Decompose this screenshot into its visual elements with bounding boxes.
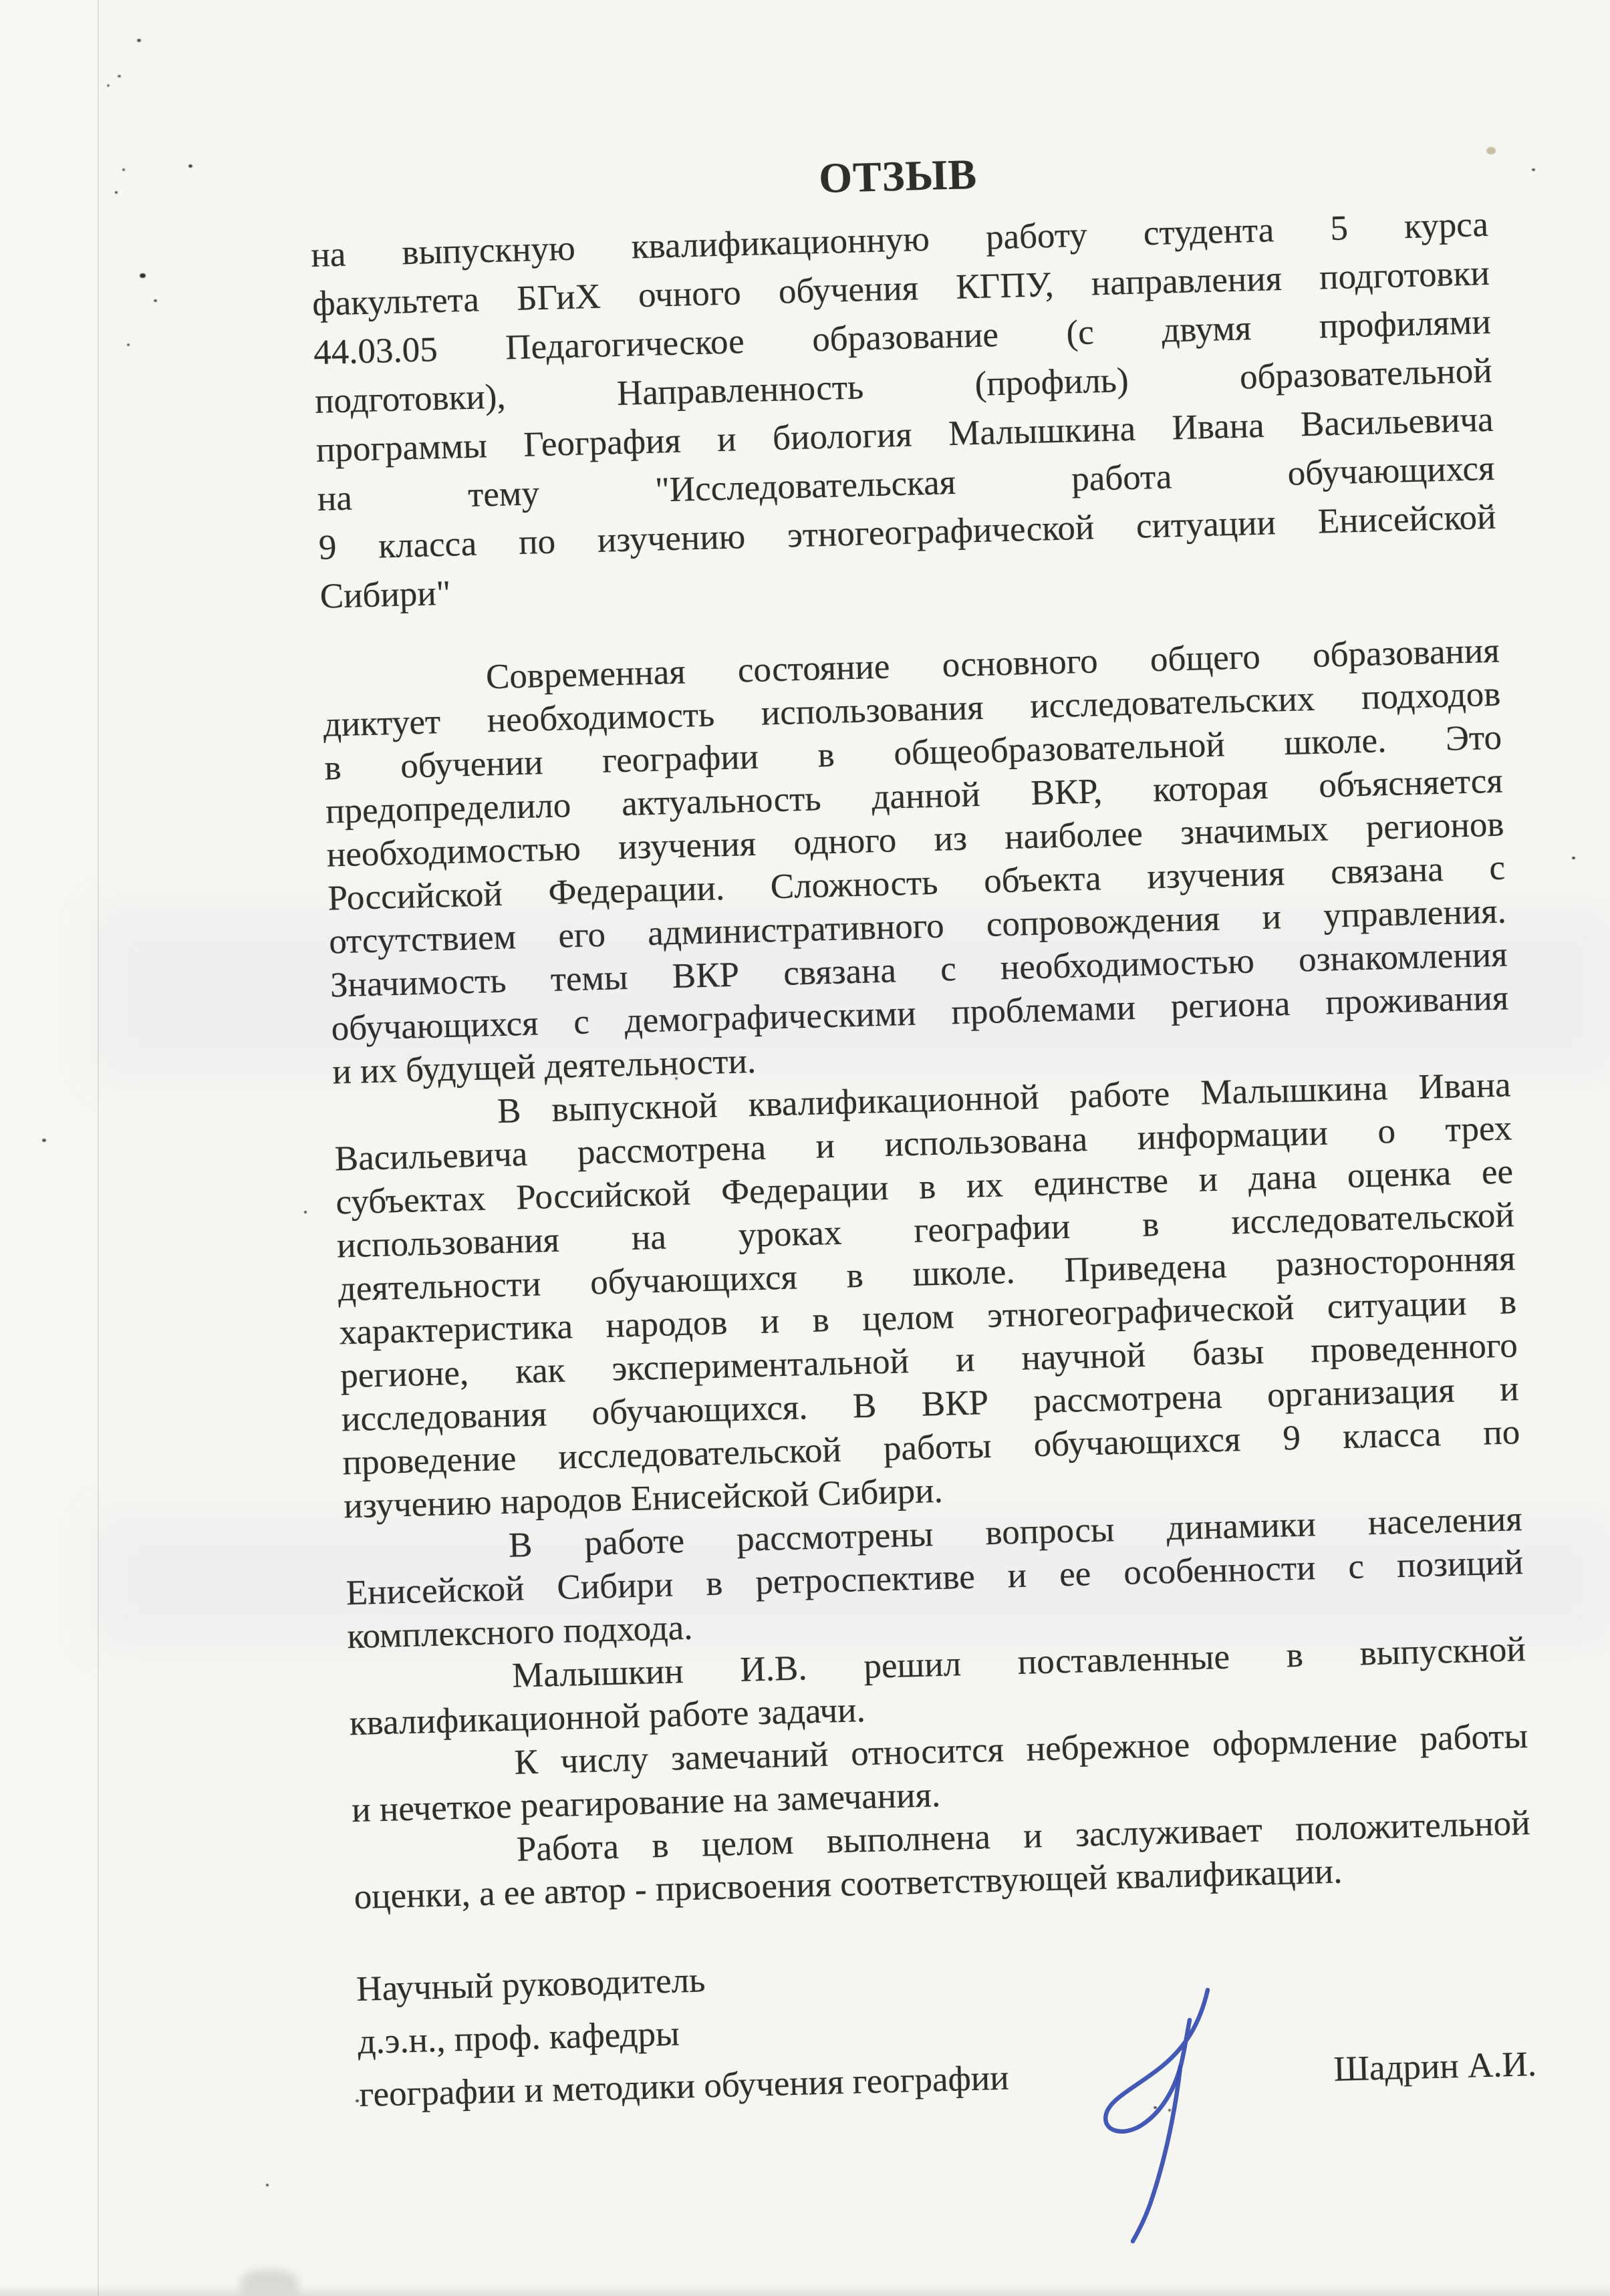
paper-left-strip [0,0,98,2296]
scanned-document-page: ОТЗЫВ на выпускную квалификационную рабо… [0,0,1610,2296]
document-content: ОТЗЫВ на выпускную квалификационную рабо… [309,138,1537,2122]
paper-fold-line [98,0,99,2296]
document-title: ОТЗЫВ [309,138,1487,215]
supervisor-name: Шадрин А.И. [1333,2038,1536,2096]
signature-ink [1093,1983,1226,2251]
scan-edge-shadow [0,2285,1610,2296]
signature-block: Научный руководитель д.э.н., проф. кафед… [356,1932,1537,2122]
